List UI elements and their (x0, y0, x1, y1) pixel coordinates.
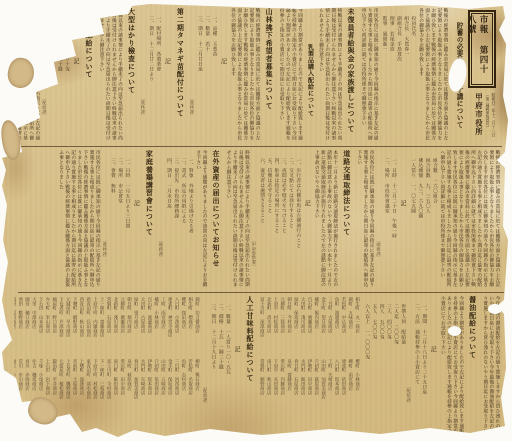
article-list: 一、品種 玉葱苗二、數量 若干三、期日 十二月廿日迄〔農林課〕 (189, 8, 216, 142)
list-item: 一、期間 十二月十八日より二十五日迄 (420, 296, 426, 434)
list-item: 副組合長 手島寬次 (395, 8, 401, 142)
article-list: 一、配付場所 各農業會二、期日 十二月廿二日より〔農林課〕 (140, 8, 160, 142)
distributor-entry: 山田町 五味商店 (161, 359, 167, 419)
publisher-name: 甲府市役所 (474, 93, 484, 141)
issue-note: （第三種郵便物認可） (486, 93, 491, 141)
paper-hole (488, 304, 502, 314)
distributor-entry: 新青沼町 長田商店 (86, 297, 92, 357)
list-item: 三、會費 無料 (109, 150, 115, 288)
article-heading: 道路交通取締法について (342, 150, 352, 288)
distributor-entry: 穴切町 依田商店 (154, 359, 160, 419)
article-list: 一、對象 外地より引揚げたる者二、書式 所定の用紙による三、提出先 市役所總務課… (158, 150, 192, 288)
list-item: 四、期日 一月末日迄 (165, 150, 171, 288)
article-body-text: 終戰以來の諸事情により手續未了の向は至急届出られたい尚期日後は受付けられませんか… (318, 8, 342, 142)
list-item: 〔配給課〕 (406, 296, 411, 434)
distributor-entry: 三日町 古屋商店 (328, 297, 334, 357)
ki-marker: 記 (232, 296, 241, 434)
distributor-entry: 連雀町 依田商店 (341, 359, 347, 419)
list-item: 一、對象 外地より引揚げたる者 (187, 150, 193, 288)
article-list: 一、數量 一人當り一〇・五瓦二、價格 十瓦 一圓二十錢三、期日 十二月十九日より… (203, 296, 230, 434)
distributor-entry: 緑町 小宮山商店 (14, 359, 17, 419)
article-body-text: 戰後の經濟事情に鑑み市當局に於ては關係方面と協議の上左記要領により取扱ふ事となり… (417, 8, 448, 142)
list-item: 組合長 大貫春一 (402, 8, 408, 142)
list-item: 二、書式 所定の用紙による (179, 150, 185, 288)
article-body-text: 終戰以來の諸事情により手續未了の向は至急届出られたい尚期日後は受付けられませんか… (98, 8, 122, 142)
distributor-entry: 錦町 五味商店 (348, 297, 354, 357)
distributor-entry: 若松町 中込商店 (341, 297, 347, 357)
list-item: 四人 五〇〇匁 (377, 296, 383, 434)
list-item: 一、品種 玉葱苗 (210, 8, 216, 142)
list-item: 六人以上 一、〇〇〇匁 (363, 296, 369, 434)
article-body-text: 今回縣より通牒がありましたので該當の向は左記によりお手續き下さい (195, 150, 207, 288)
distributor-entry: 泉町 齋藤商店 (287, 359, 293, 419)
distributor-entry: 穴切町 萩原商店 (314, 359, 320, 419)
distributor-entry: 元柳町 三枝商店 (280, 297, 286, 357)
distributor-entry: 愛宕町 内藤商店 (280, 359, 286, 419)
distributor-entry: 南口町 秋山商店 (267, 359, 273, 419)
distributor-entry: 元紺屋町 植松商店 (59, 359, 65, 419)
distributor-entry: 下石田 山本商店 (38, 297, 44, 357)
article-heading: 乳製品購入配給について (306, 8, 315, 142)
paper-sheet: 戰後の經濟事情に鑑み市當局に於ては關係方面と協議の上左記要領により取扱ふ事となり… (0, 0, 512, 441)
article-body-text: 戰後の經濟事情に鑑み市當局に於ては關係方面と協議の上左記要領により取扱ふ事となり… (230, 8, 261, 142)
list-item: 世帶人員 配給量 (399, 296, 405, 434)
distributor-entry: 下長者町 芦澤商店 (59, 297, 65, 357)
list-item: 二、價格 十瓦 一圓二十錢 (216, 296, 222, 434)
distributor-entry: 南口町 飯田商店 (113, 359, 119, 419)
distributor-entry: 北新町 清水商店 (267, 297, 273, 357)
article-heading: 醤油配給について (468, 296, 478, 434)
distributor-entry: 上長者町 鷹野商店 (66, 359, 72, 419)
distributor-entry: 緑町 保坂商店 (294, 297, 300, 357)
distributor-entry: 下府中町 村松商店 (93, 359, 99, 419)
distributor-entry: 連雀町 神宮寺商店 (168, 297, 174, 357)
top-band: 戰後の經濟事情に鑑み市當局に於ては關係方面と協議の上左記要領により取扱ふ事となり… (16, 8, 450, 142)
distributor-entry: 大里 中澤商店 (32, 297, 38, 357)
article-heading: 未復員者給與金の家族渡しについて (346, 8, 356, 142)
list-item: 一、配付場所 各農業會 (154, 8, 160, 142)
distributor-entry: 荒川 市川商店 (18, 359, 24, 419)
article-list: 役員氏名組合長 大貫春一副組合長 手島寬次理事 若尾金造監事 風間進一 (380, 8, 415, 142)
list-item: 一、歩行者は右側車馬は左側通行のこと (294, 150, 300, 288)
distributor-entry: 山田町 加賀美商店 (321, 359, 327, 419)
list-item: 〔農林課〕 (102, 150, 107, 288)
distributor-entry: 緑町 望月商店 (134, 297, 140, 357)
distributor-entry: 橘町 堀内商店 (314, 297, 320, 357)
masthead-title-box: 市報 第四十八號 （每月二回） (468, 10, 496, 88)
article-heading: 第二期タマネギ苗配付について (175, 8, 185, 142)
list-item: 役員氏名 (409, 8, 415, 142)
list-item: 〔配給課〕 (42, 8, 47, 142)
distributor-entry: 相生町 標商店 (188, 297, 194, 357)
distributor-entry: 太田町 古屋商店 (140, 297, 146, 357)
distributor-entry: 桶屋町 野口商店 (52, 297, 58, 357)
article-body-text: 市民各位には既に御承知の通り今回縣の指示に基き左記の通り實施する事と相成りました… (57, 150, 100, 288)
list-item: 五人 七〇〇匁 (370, 296, 376, 434)
list-item: 二、場所 市公會堂 (116, 150, 122, 288)
article-heading: 在外資産の届出についてお知らせ (211, 150, 221, 288)
middle-band: 戰後の經濟事情に鑑み市當局に於ては關係方面と協議の上左記要領により取扱ふ事となり… (40, 150, 502, 288)
distributor-entry: 池田 數野商店 (18, 297, 24, 357)
distributor-entry: 下曙町 網野商店 (72, 297, 78, 357)
distributor-entry: 橘町 小林商店 (154, 297, 160, 357)
list-item: 一、日時 十二月二十日 午後一時 (390, 150, 396, 288)
paper-hole (448, 326, 461, 336)
distributor-entry: 百石町 渡邊商店 (147, 297, 153, 357)
distributor-entry: 弁天町 米山商店 (45, 297, 51, 357)
distributor-entry: 魚町 渡邊商店 (335, 297, 341, 357)
ki-marker: 記 (428, 296, 437, 434)
article-body-text: 今回縣より割當がありましたので左記により配給致します通帳を持參の上指定の小賣店に… (439, 296, 463, 434)
distributor-entry: 上府中 村松商店 (273, 297, 279, 357)
distributor-entry: 伊勢町 坂本商店 (147, 359, 153, 419)
article-body-text: 戰後の經濟事情に鑑み市當局に於ては關係方面と協議の上左記要領により取扱ふ事となり… (439, 150, 500, 288)
ki-marker: 記 (302, 150, 311, 288)
distributor-entry: 水門町 飯田商店 (301, 359, 307, 419)
list-item: 三、期日 十二月十九日より (209, 296, 215, 434)
distributor-entry: 湯村 原田商店 (14, 297, 17, 357)
distributor-entry: 櫻町 窪田商店 (181, 297, 187, 357)
article-body-text: 今年最後の醤油配給を左記の通り實施しますから買ひ洩れのないやう期日迄にお受取り下… (482, 296, 500, 434)
distributor-entry: 八日町 小澤商店 (174, 297, 180, 357)
list-item: 〔農林課〕 (189, 8, 194, 142)
list-item: 二、場所 市役所會議室 (383, 150, 389, 288)
distributor-entry: 常磐町 網野商店 (260, 359, 266, 419)
list-item: 三、期日 十二月廿日迄 (196, 8, 202, 142)
distributor-entry: 西青沼町 秋山商店 (79, 297, 85, 357)
article-body-text: 市民各位には既に御承知の通り今回縣の指示に基き左記の通り實施する事と相成りました… (360, 8, 378, 142)
ki-marker: 記 (131, 150, 140, 288)
article-heading: 數の子配給について (84, 8, 94, 142)
list-item: 理事 若尾金造 (388, 8, 394, 142)
list-item: 〔總務課〕 (376, 150, 381, 288)
distributor-entry: 水門町 矢崎商店 (140, 359, 146, 419)
distributor-entry: 愛宕町 田中商店 (120, 359, 126, 419)
ki-marker: 記 (398, 150, 407, 288)
distributor-entry: 錦町 功刀醤油店 (195, 297, 201, 357)
distributor-entry: 北新町 淺川商店 (113, 297, 119, 357)
distributor-entry: 富士川町 深澤商店 (260, 297, 266, 357)
distributor-entry: 伊勢町 田中商店 (307, 359, 313, 419)
article-list: 一、日時 一月五日より三日間二、場所 市公會堂三、會費 無料〔農林課〕 (102, 150, 129, 288)
list-item: 〔總務課〕 (158, 150, 163, 288)
distributor-entry: 金手町 望月商店 (321, 297, 327, 357)
distributor-entry: 春日町 加賀美商店 (134, 359, 140, 419)
distributor-entry: 工町 矢崎商店 (328, 359, 334, 419)
list-item: 拂込總額 九三、六九〇圓 (416, 150, 422, 288)
distributor-entry: 元柳町 廣瀬商店 (120, 297, 126, 357)
distributor-entry: 工町 雨宮商店 (161, 297, 167, 357)
list-item: 一人當り 一、〇七五圓 (409, 150, 415, 288)
article-heading: 山林拂下希望者募集について (264, 8, 274, 142)
distributor-entry: 三日町 河西商店 (174, 359, 180, 419)
list-item: 四、駐車は指定の場所にすること (272, 150, 278, 288)
article-heading: 大型はかり檢査について (126, 8, 136, 142)
distributor-entry: 下府中 長田商店 (273, 359, 279, 419)
list-item: 二人迄 二〇〇匁 (392, 296, 398, 434)
distributor-entry: 太田町 淺川商店 (301, 297, 307, 357)
distributor-entry: 魚町 志村商店 (181, 359, 187, 419)
distributor-entry: 下一條町 三枝商店 (100, 359, 106, 419)
article-list: 一、日時 十二月二十日 午後一時二、場所 市役所會議室〔總務課〕 (376, 150, 396, 288)
article-list: 一、期間 十二月十八日より二十五日迄二、方法 通帳持參の上小賣店にて〔配給課〕 (406, 296, 426, 434)
list-item: 六、違反者は處罰さるること (258, 150, 264, 288)
distributor-entry: 元城屋町 早川商店 (66, 297, 72, 357)
torn-paper-scrap (5, 55, 37, 90)
article-list: 世帶人員 配給量二人迄 二〇〇匁三人 四〇〇匁四人 五〇〇匁五人 七〇〇匁六人以… (363, 296, 405, 434)
scanned-newspaper-page: 戰後の經濟事情に鑑み市當局に於ては關係方面と協議の上左記要領により取扱ふ事となり… (0, 0, 512, 441)
article-list: 一、歩行者は右側車馬は左側通行のこと二、交叉點にては徐行すること三、夜間は必ず燈… (251, 150, 300, 288)
list-item: 二、方法 通帳持參の上小賣店にて (413, 296, 419, 434)
list-item: 一、日時 一月五日より三日間 (123, 150, 129, 288)
ki-marker: 記 (71, 8, 80, 142)
article-body-text: 本年十一月より新に道路交通取締法が施行されましたので左の諸點に御注意の上事故のな… (313, 150, 337, 288)
list-item: 二、價格 十匁 八十錢 (56, 8, 62, 142)
list-item: 組合員數 九、三五〇人 (423, 150, 429, 288)
distributor-entry: 朝日町 今村商店 (287, 297, 293, 357)
distributor-entry: 富士川町 今村商店 (106, 359, 112, 419)
list-item: 〔農林課〕 (140, 8, 145, 142)
article-heading: 人工甘味料配給について (245, 296, 255, 434)
list-item: 組合數 一六〇組合 (431, 150, 437, 288)
list-item: 三、提出先 市役所總務課 (172, 150, 178, 288)
band-divider-rule (14, 146, 502, 147)
distributor-entry: 若松町 名取商店 (188, 359, 194, 419)
list-item: 二、數量 若干 (203, 8, 209, 142)
distributor-entry: 常磐町 石原商店 (106, 297, 112, 357)
masthead-title: 市報 第四十八號 (466, 15, 490, 83)
ki-marker: 記 (219, 8, 228, 142)
distributor-entry: 八日町 坂本商店 (335, 359, 341, 419)
article-list: 組合數 一六〇組合組合員數 九、三五〇人拂込總額 九三、六九〇圓一人當り 一、〇… (409, 150, 437, 288)
distributor-entry: 相生町 丸一商店 (355, 297, 361, 357)
article-body-text: 市民各位には既に御承知の通り今回縣の指示に基き左記の通り實施する事と相成りました… (356, 150, 374, 288)
distributor-entry: 上曙町 深澤商店 (79, 359, 85, 419)
distributor-entry: 柳町 輿石商店 (195, 359, 201, 419)
bottom-band: 今年最後の醤油配給を左記の通り實施しますから買ひ洩れのないやう期日迄にお受取り下… (14, 296, 502, 434)
distributor-entry: 上府中町 内藤商店 (93, 297, 99, 357)
distributor-entry: 泉町 萩原商店 (127, 359, 133, 419)
distributor-entry: 朝日町 堀内商店 (127, 297, 133, 357)
list-item: 二、交叉點にては徐行すること (287, 150, 293, 288)
distributor-entry: 百石町 廣瀬商店 (307, 297, 313, 357)
list-item: 一、數量 一人當り十匁 (63, 8, 69, 142)
distributor-entry: 上一條町 齋藤商店 (100, 297, 106, 357)
distributor-entry: 國母 樋口商店 (25, 297, 31, 357)
article-heading: 家庭養鶏講習會について (144, 150, 154, 288)
distributor-entry: 櫻町 小林商店 (355, 359, 361, 419)
article-body-text: 終戰以來の諸事情により手續未了の向は至急届出られたい尚期日後は受付けられませんか… (225, 150, 249, 288)
band-divider-rule (18, 292, 504, 293)
list-item: 三、夜間は必ず燈火をつけること (280, 150, 286, 288)
list-item: 二、期日 十二月廿二日より (147, 8, 153, 142)
list-item: 五、信號は必ず守ること (265, 150, 271, 288)
distributor-entry: 柳町 雨宮商店 (348, 359, 354, 419)
list-item: 一、數量 一人當り一〇・五瓦 (224, 296, 230, 434)
issue-date: 昭和廿二年十二月十八日 (492, 93, 497, 141)
distributor-entry: 宮前町 土屋商店 (72, 359, 78, 419)
distributor-entry: 春日町 石原商店 (294, 359, 300, 419)
article-body-text: 今回縣より割當がありましたので左記により配給致します通帳を持參の上指定の小賣店に… (278, 8, 302, 142)
distributor-entry: 東青沼町 清水商店 (86, 359, 92, 419)
list-item: 〔甲府警察署〕 (251, 150, 256, 288)
list-item: 三人 四〇〇匁 (385, 296, 391, 434)
list-item: 〔配給課〕 (203, 296, 208, 434)
list-item: 監事 風間進一 (380, 8, 386, 142)
list-item: 三、期日 十二月廿五日迄 (48, 8, 54, 142)
ki-marker: 記 (162, 8, 171, 142)
distributor-grid: 相生町 丸一商店櫻町 小林商店錦町 五味商店柳町 雨宮商店若松町 中込商店連雀町… (259, 296, 361, 434)
article-list: 一、數量 一人當り十匁二、價格 十匁 八十錢三、期日 十二月廿五日迄〔配給課〕 (42, 8, 69, 142)
colophon: 昭和廿二年十二月十八日 （第三種郵便物認可） 甲府市役所 (472, 93, 498, 141)
distributor-entry: 金手町 保坂商店 (168, 359, 174, 419)
